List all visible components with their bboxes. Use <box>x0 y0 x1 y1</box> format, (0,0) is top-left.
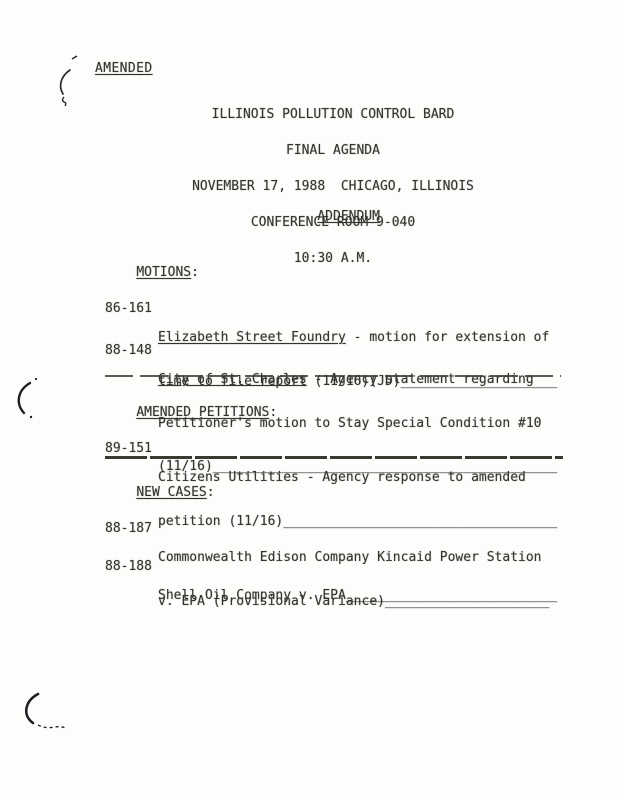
pen-tick-mark <box>72 56 77 59</box>
addendum-title: ADDENDUM <box>104 194 562 239</box>
paren-mark-top <box>61 70 70 94</box>
amended-stamp: AMENDED <box>95 61 153 76</box>
header-title-line: ILLINOIS POLLUTION CONTROL BARD <box>104 109 562 121</box>
ink-dot <box>35 378 37 380</box>
entry-text: Shell Oil Company v. EPA________________… <box>158 560 564 633</box>
pen-squiggle-mark <box>63 97 66 106</box>
docket-number: 88-188 <box>105 560 158 633</box>
agenda-entry: 88-188 Shell Oil Company v. EPA_________… <box>105 531 565 662</box>
ink-dot <box>30 416 32 418</box>
pen-tail-mark <box>38 725 66 728</box>
header-date-line: NOVEMBER 17, 1988 CHICAGO, ILLINOIS <box>104 181 562 193</box>
section-divider <box>105 375 561 377</box>
entry-line: Shell Oil Company v. EPA________________… <box>158 589 564 604</box>
section-divider <box>105 456 563 459</box>
scanned-agenda-page: AMENDED ILLINOIS POLLUTION CONTROL BARD … <box>0 0 618 800</box>
paren-mark-middle <box>19 383 30 413</box>
paren-mark-bottom <box>26 694 38 723</box>
header-subtitle-line: FINAL AGENDA <box>104 145 562 157</box>
